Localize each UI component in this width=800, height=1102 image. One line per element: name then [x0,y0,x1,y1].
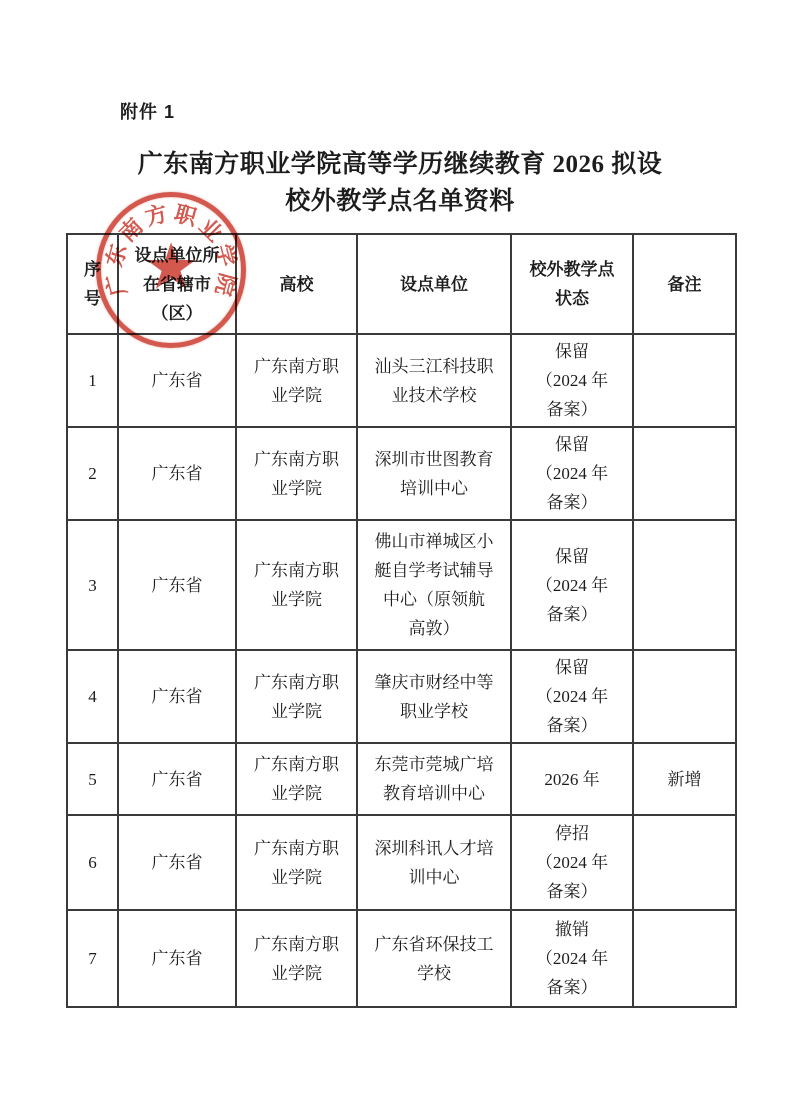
cell-college: 广东南方职 业学院 [236,427,357,520]
cell-unit: 肇庆市财经中等 职业学校 [357,650,511,743]
cell-status: 保留 （2024 年 备案） [511,520,633,650]
title-line-2: 校外教学点名单资料 [0,183,800,220]
teaching-points-table: 序 号 设点单位所 在省辖市 （区） 高校 设点单位 校外教学点 状态 备注 1… [66,233,737,1008]
table-row: 7 广东省 广东南方职 业学院 广东省环保技工 学校 撤销 （2024 年 备案… [67,910,736,1007]
cell-unit: 深圳市世图教育 培训中心 [357,427,511,520]
cell-region: 广东省 [118,520,236,650]
cell-status: 撤销 （2024 年 备案） [511,910,633,1007]
cell-region: 广东省 [118,650,236,743]
col-header-status: 校外教学点 状态 [511,234,633,334]
cell-region: 广东省 [118,427,236,520]
cell-seq: 6 [67,815,118,910]
cell-unit: 广东省环保技工 学校 [357,910,511,1007]
cell-college: 广东南方职 业学院 [236,743,357,815]
col-header-seq: 序 号 [67,234,118,334]
cell-unit: 汕头三江科技职 业技术学校 [357,334,511,427]
cell-seq: 5 [67,743,118,815]
cell-status: 保留 （2024 年 备案） [511,334,633,427]
cell-status: 保留 （2024 年 备案） [511,650,633,743]
cell-region: 广东省 [118,743,236,815]
cell-college: 广东南方职 业学院 [236,910,357,1007]
table-row: 4 广东省 广东南方职 业学院 肇庆市财经中等 职业学校 保留 （2024 年 … [67,650,736,743]
cell-seq: 7 [67,910,118,1007]
table-row: 3 广东省 广东南方职 业学院 佛山市禅城区小 艇自学考试辅导 中心（原领航 高… [67,520,736,650]
cell-remark [633,650,736,743]
cell-college: 广东南方职 业学院 [236,650,357,743]
table-row: 6 广东省 广东南方职 业学院 深圳科讯人才培 训中心 停招 （2024 年 备… [67,815,736,910]
title-line-1: 广东南方职业学院高等学历继续教育 2026 拟设 [0,146,800,183]
cell-seq: 2 [67,427,118,520]
cell-region: 广东省 [118,910,236,1007]
table-row: 2 广东省 广东南方职 业学院 深圳市世图教育 培训中心 保留 （2024 年 … [67,427,736,520]
table-row: 5 广东省 广东南方职 业学院 东莞市莞城广培 教育培训中心 2026 年 新增 [67,743,736,815]
cell-status: 2026 年 [511,743,633,815]
cell-unit: 佛山市禅城区小 艇自学考试辅导 中心（原领航 高敦） [357,520,511,650]
col-header-unit: 设点单位 [357,234,511,334]
cell-college: 广东南方职 业学院 [236,520,357,650]
col-header-region: 设点单位所 在省辖市 （区） [118,234,236,334]
table-header-row: 序 号 设点单位所 在省辖市 （区） 高校 设点单位 校外教学点 状态 备注 [67,234,736,334]
cell-unit: 深圳科讯人才培 训中心 [357,815,511,910]
cell-region: 广东省 [118,815,236,910]
page-title: 广东南方职业学院高等学历继续教育 2026 拟设 校外教学点名单资料 [0,146,800,220]
table-row: 1 广东省 广东南方职 业学院 汕头三江科技职 业技术学校 保留 （2024 年… [67,334,736,427]
cell-seq: 1 [67,334,118,427]
cell-remark [633,910,736,1007]
document-page: 附件 1 广东南方职业学院高等学历继续教育 2026 拟设 校外教学点名单资料 … [0,0,800,1102]
cell-status: 停招 （2024 年 备案） [511,815,633,910]
attachment-label: 附件 1 [120,98,175,124]
cell-remark [633,520,736,650]
cell-status: 保留 （2024 年 备案） [511,427,633,520]
cell-unit: 东莞市莞城广培 教育培训中心 [357,743,511,815]
cell-remark [633,334,736,427]
cell-region: 广东省 [118,334,236,427]
cell-remark: 新增 [633,743,736,815]
cell-remark [633,815,736,910]
cell-seq: 3 [67,520,118,650]
cell-seq: 4 [67,650,118,743]
cell-college: 广东南方职 业学院 [236,334,357,427]
cell-remark [633,427,736,520]
cell-college: 广东南方职 业学院 [236,815,357,910]
col-header-college: 高校 [236,234,357,334]
col-header-remark: 备注 [633,234,736,334]
